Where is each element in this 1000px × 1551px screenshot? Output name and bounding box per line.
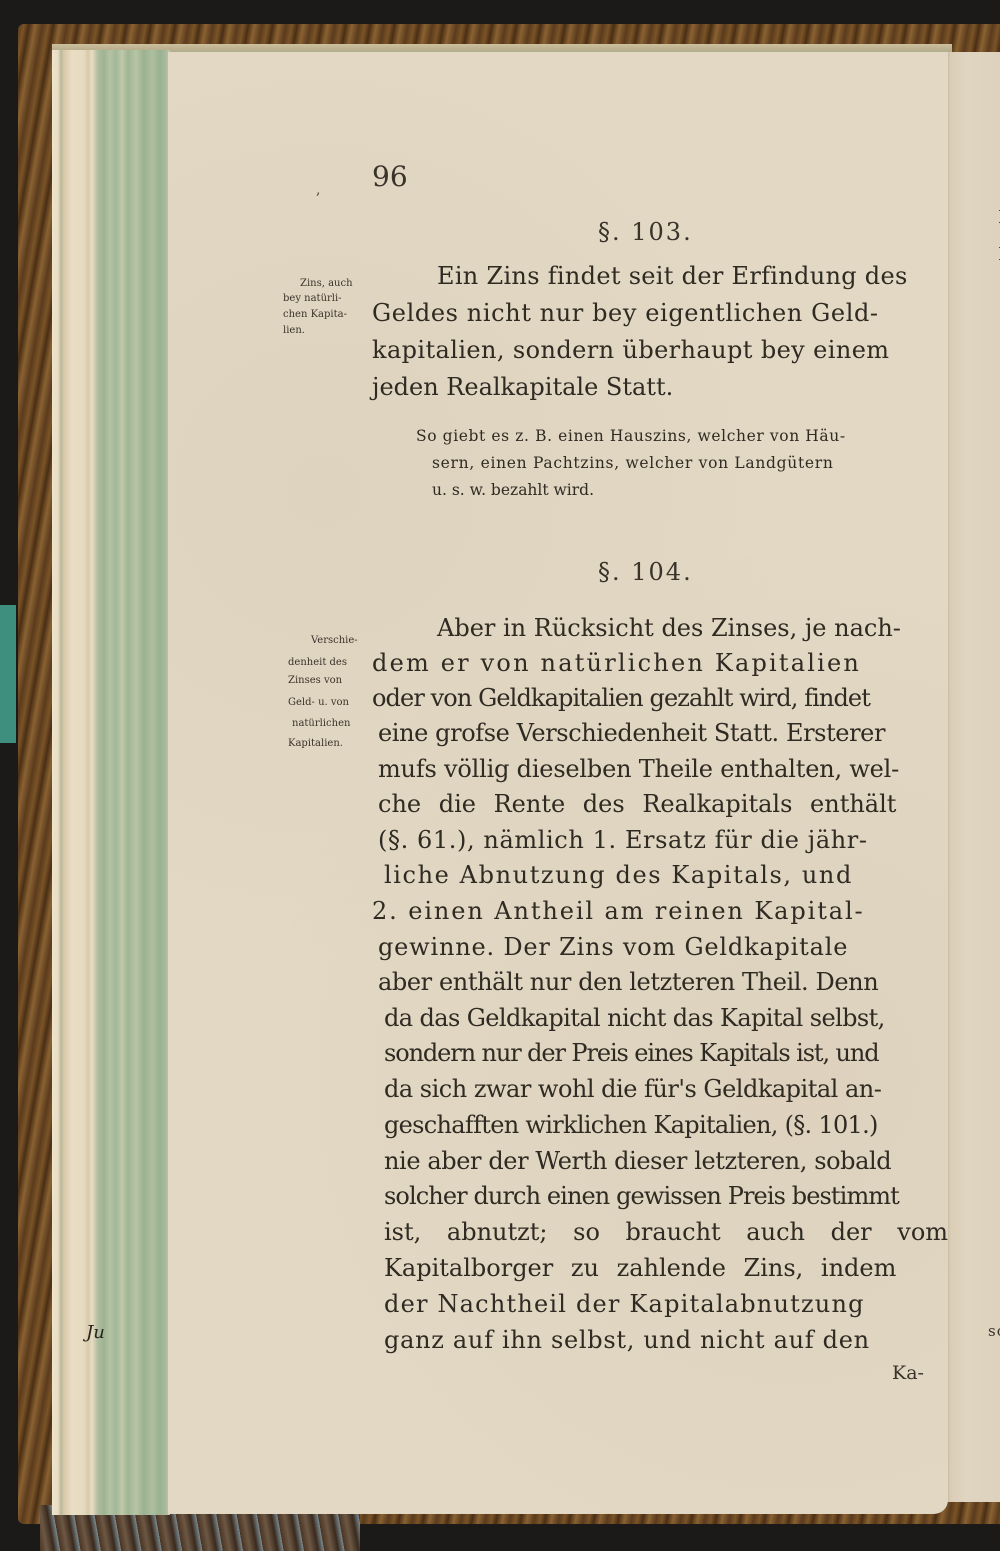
section-heading-103: §. 103. [598, 218, 693, 246]
right-page-edge: I I sc [946, 52, 1000, 1502]
margin-note-line: Kapitalien. [288, 737, 343, 751]
background-tab [0, 605, 16, 743]
note-line: u. s. w. bezahlt wird. [432, 477, 594, 504]
margin-note-line: Zinses von [288, 674, 342, 688]
body-line: sondern nur der Preis eines Kapitals ist… [384, 1035, 879, 1071]
body-line: solcher durch einen gewissen Preis besti… [384, 1178, 899, 1214]
margin-note-line: denheit des [288, 656, 347, 670]
body-line: Aber in Rücksicht des Zinses, je nach- [437, 610, 901, 646]
page-edges [52, 50, 170, 1515]
body-line: jeden Realkapitale Statt. [372, 369, 673, 405]
body-line: da sich zwar wohl die für's Geldkapital … [384, 1071, 881, 1107]
section-heading-104: §. 104. [598, 558, 693, 586]
body-line: ist, abnutzt; so braucht auch der vom [384, 1214, 948, 1250]
body-line: (§. 61.), nämlich 1. Ersatz für die jähr… [378, 822, 868, 858]
body-line: kapitalien, sondern überhaupt bey einem [372, 332, 889, 368]
margin-note-line: Verschie- [311, 634, 358, 648]
page-number: 96 [372, 160, 408, 193]
body-line: 2. einen Antheil am reinen Kapital- [372, 893, 865, 929]
ink-mark: , [316, 182, 320, 198]
body-line: da das Geldkapital nicht das Kapital sel… [384, 1000, 885, 1036]
body-line: dem er von natürlichen Kapitalien [372, 645, 861, 681]
handwritten-mark: Ju [86, 1322, 105, 1343]
margin-note-line: lien. [283, 324, 305, 338]
body-line: ganz auf ihn selbst, und nicht auf den [384, 1322, 870, 1358]
body-line: nie aber der Werth dieser letzteren, sob… [384, 1143, 891, 1179]
body-line: der Nachtheil der Kapitalabnutzung [384, 1286, 865, 1322]
catchword: Ka- [892, 1362, 924, 1384]
body-line: Kapitalborger zu zahlende Zins, indem [384, 1250, 896, 1286]
body-line: che die Rente des Realkapitals enthält [378, 786, 896, 822]
body-line: Ein Zins findet seit der Erfindung des [437, 258, 908, 294]
note-line: sern, einen Pachtzins, welcher von Landg… [432, 450, 834, 477]
right-page-fragment: sc [988, 1322, 1000, 1340]
body-line: Geldes nicht nur bey eigentlichen Geld- [372, 295, 879, 331]
body-line: aber enthält nur den letzteren Theil. De… [378, 964, 878, 1000]
body-line: eine grofse Verschiedenheit Statt. Erste… [378, 715, 885, 751]
margin-note-line: natürlichen [292, 717, 350, 731]
body-line: mufs völlig dieselben Theile enthalten, … [378, 751, 899, 787]
margin-note-line: chen Kapita- [283, 308, 347, 322]
margin-note-line: Zins, auch [300, 277, 353, 291]
body-line: oder von Geldkapitalien gezahlt wird, fi… [372, 680, 870, 716]
body-line: liche Abnutzung des Kapitals, und [384, 857, 853, 893]
margin-note-line: Geld- u. von [288, 696, 349, 710]
body-line: geschafften wirklichen Kapitalien, (§. 1… [384, 1107, 878, 1143]
margin-note-line: bey natürli- [283, 292, 342, 306]
body-line: gewinne. Der Zins vom Geldkapitale [378, 929, 848, 965]
note-line: So giebt es z. B. einen Hauszins, welche… [416, 423, 846, 450]
